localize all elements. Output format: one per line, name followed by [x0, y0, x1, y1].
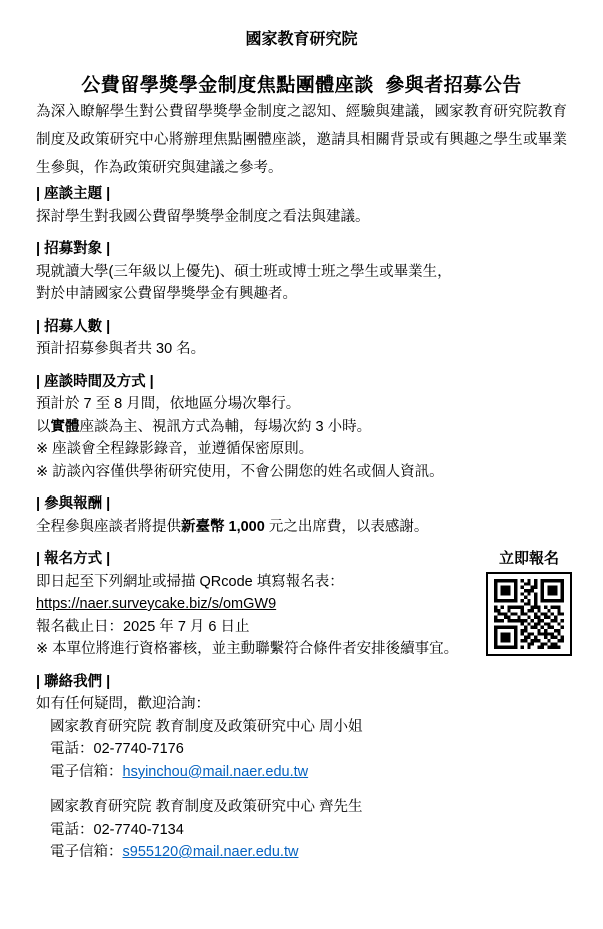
- reward-pre: 全程參與座談者將提供: [36, 519, 181, 535]
- document-body: 為深入瞭解學生對公費留學獎學金制度之認知、經驗與建議，國家教育研究院教育制度及政…: [0, 98, 603, 864]
- contact-1-email-link[interactable]: hsyinchou@mail.naer.edu.tw: [123, 764, 309, 780]
- schedule-mode-bold: 實體: [51, 419, 80, 435]
- reward-body: 全程參與座談者將提供新臺幣 1,000 元之出席費，以表感謝。: [36, 516, 567, 539]
- section-topic: | 座談主題 | 探討學生對我國公費留學獎學金制度之看法與建議。: [36, 183, 567, 228]
- section-signup: | 報名方式 | 即日起至下列網址或掃描 QRcode 填寫報名表： https…: [36, 548, 567, 661]
- section-reward: | 參與報酬 | 全程參與座談者將提供新臺幣 1,000 元之出席費，以表感謝。: [36, 493, 567, 538]
- qr-frame: [486, 572, 572, 656]
- schedule-mode-post: 座談為主、視訊方式為輔，每場次約 3 小時。: [80, 419, 372, 435]
- signup-url-link[interactable]: https://naer.surveycake.biz/s/omGW9: [36, 596, 276, 612]
- schedule-note1: ※ 座談會全程錄影錄音，並遵循保密原則。: [36, 438, 567, 461]
- contact-entry-1: 國家教育研究院 教育制度及政策研究中心 周小姐 電話：02-7740-7176 …: [36, 716, 567, 784]
- contact-entry-2: 國家教育研究院 教育制度及政策研究中心 齊先生 電話：02-7740-7134 …: [36, 796, 567, 864]
- contact-header: | 聯絡我們 |: [36, 671, 567, 694]
- schedule-note2: ※ 訪談內容僅供學術研究使用，不會公開您的姓名或個人資訊。: [36, 461, 567, 484]
- headcount-header: | 招募人數 |: [36, 316, 567, 339]
- contact-1-org: 國家教育研究院 教育制度及政策研究中心 周小姐: [50, 716, 567, 739]
- section-contact: | 聯絡我們 | 如有任何疑問，歡迎洽詢： 國家教育研究院 教育制度及政策研究中…: [36, 671, 567, 864]
- contact-1-email-label: 電子信箱：: [50, 764, 123, 780]
- contact-2-phone: 電話：02-7740-7134: [50, 819, 567, 842]
- topic-header: | 座談主題 |: [36, 183, 567, 206]
- qr-block: 立即報名: [479, 550, 579, 656]
- document-title: 公費留學獎學金制度焦點團體座談 參與者招募公告: [0, 73, 603, 98]
- schedule-mode-line: 以實體座談為主、視訊方式為輔，每場次約 3 小時。: [36, 416, 567, 439]
- topic-body: 探討學生對我國公費留學獎學金制度之看法與建議。: [36, 206, 567, 229]
- audience-line1: 現就讀大學(三年級以上優先)、碩士班或博士班之學生或畢業生，: [36, 261, 567, 284]
- contact-2-email-label: 電子信箱：: [50, 844, 123, 860]
- qr-code-icon: [494, 579, 564, 649]
- schedule-line1: 預計於 7 至 8 月間，依地區分場次舉行。: [36, 393, 567, 416]
- reward-header: | 參與報酬 |: [36, 493, 567, 516]
- intro-paragraph: 為深入瞭解學生對公費留學獎學金制度之認知、經驗與建議，國家教育研究院教育制度及政…: [36, 98, 567, 182]
- headcount-body: 預計招募參與者共 30 名。: [36, 338, 567, 361]
- contact-2-email-line: 電子信箱：s955120@mail.naer.edu.tw: [50, 841, 567, 864]
- contact-intro: 如有任何疑問，歡迎洽詢：: [36, 693, 567, 716]
- contact-2-org: 國家教育研究院 教育制度及政策研究中心 齊先生: [50, 796, 567, 819]
- section-audience: | 招募對象 | 現就讀大學(三年級以上優先)、碩士班或博士班之學生或畢業生， …: [36, 238, 567, 306]
- contact-1-phone: 電話：02-7740-7176: [50, 738, 567, 761]
- section-headcount: | 招募人數 | 預計招募參與者共 30 名。: [36, 316, 567, 361]
- reward-post: 元之出席費，以表感謝。: [265, 519, 429, 535]
- qr-label: 立即報名: [479, 550, 579, 567]
- contact-2-email-link[interactable]: s955120@mail.naer.edu.tw: [123, 844, 299, 860]
- contact-1-email-line: 電子信箱：hsyinchou@mail.naer.edu.tw: [50, 761, 567, 784]
- announcement-page: 國家教育研究院 公費留學獎學金制度焦點團體座談 參與者招募公告 為深入瞭解學生對…: [0, 0, 603, 929]
- reward-amount: 新臺幣 1,000: [181, 519, 265, 535]
- organization-title: 國家教育研究院: [0, 0, 603, 50]
- schedule-mode-pre: 以: [36, 419, 51, 435]
- audience-line2: 對於申請國家公費留學獎學金有興趣者。: [36, 283, 567, 306]
- schedule-header: | 座談時間及方式 |: [36, 371, 567, 394]
- section-schedule: | 座談時間及方式 | 預計於 7 至 8 月間，依地區分場次舉行。 以實體座談…: [36, 371, 567, 484]
- audience-header: | 招募對象 |: [36, 238, 567, 261]
